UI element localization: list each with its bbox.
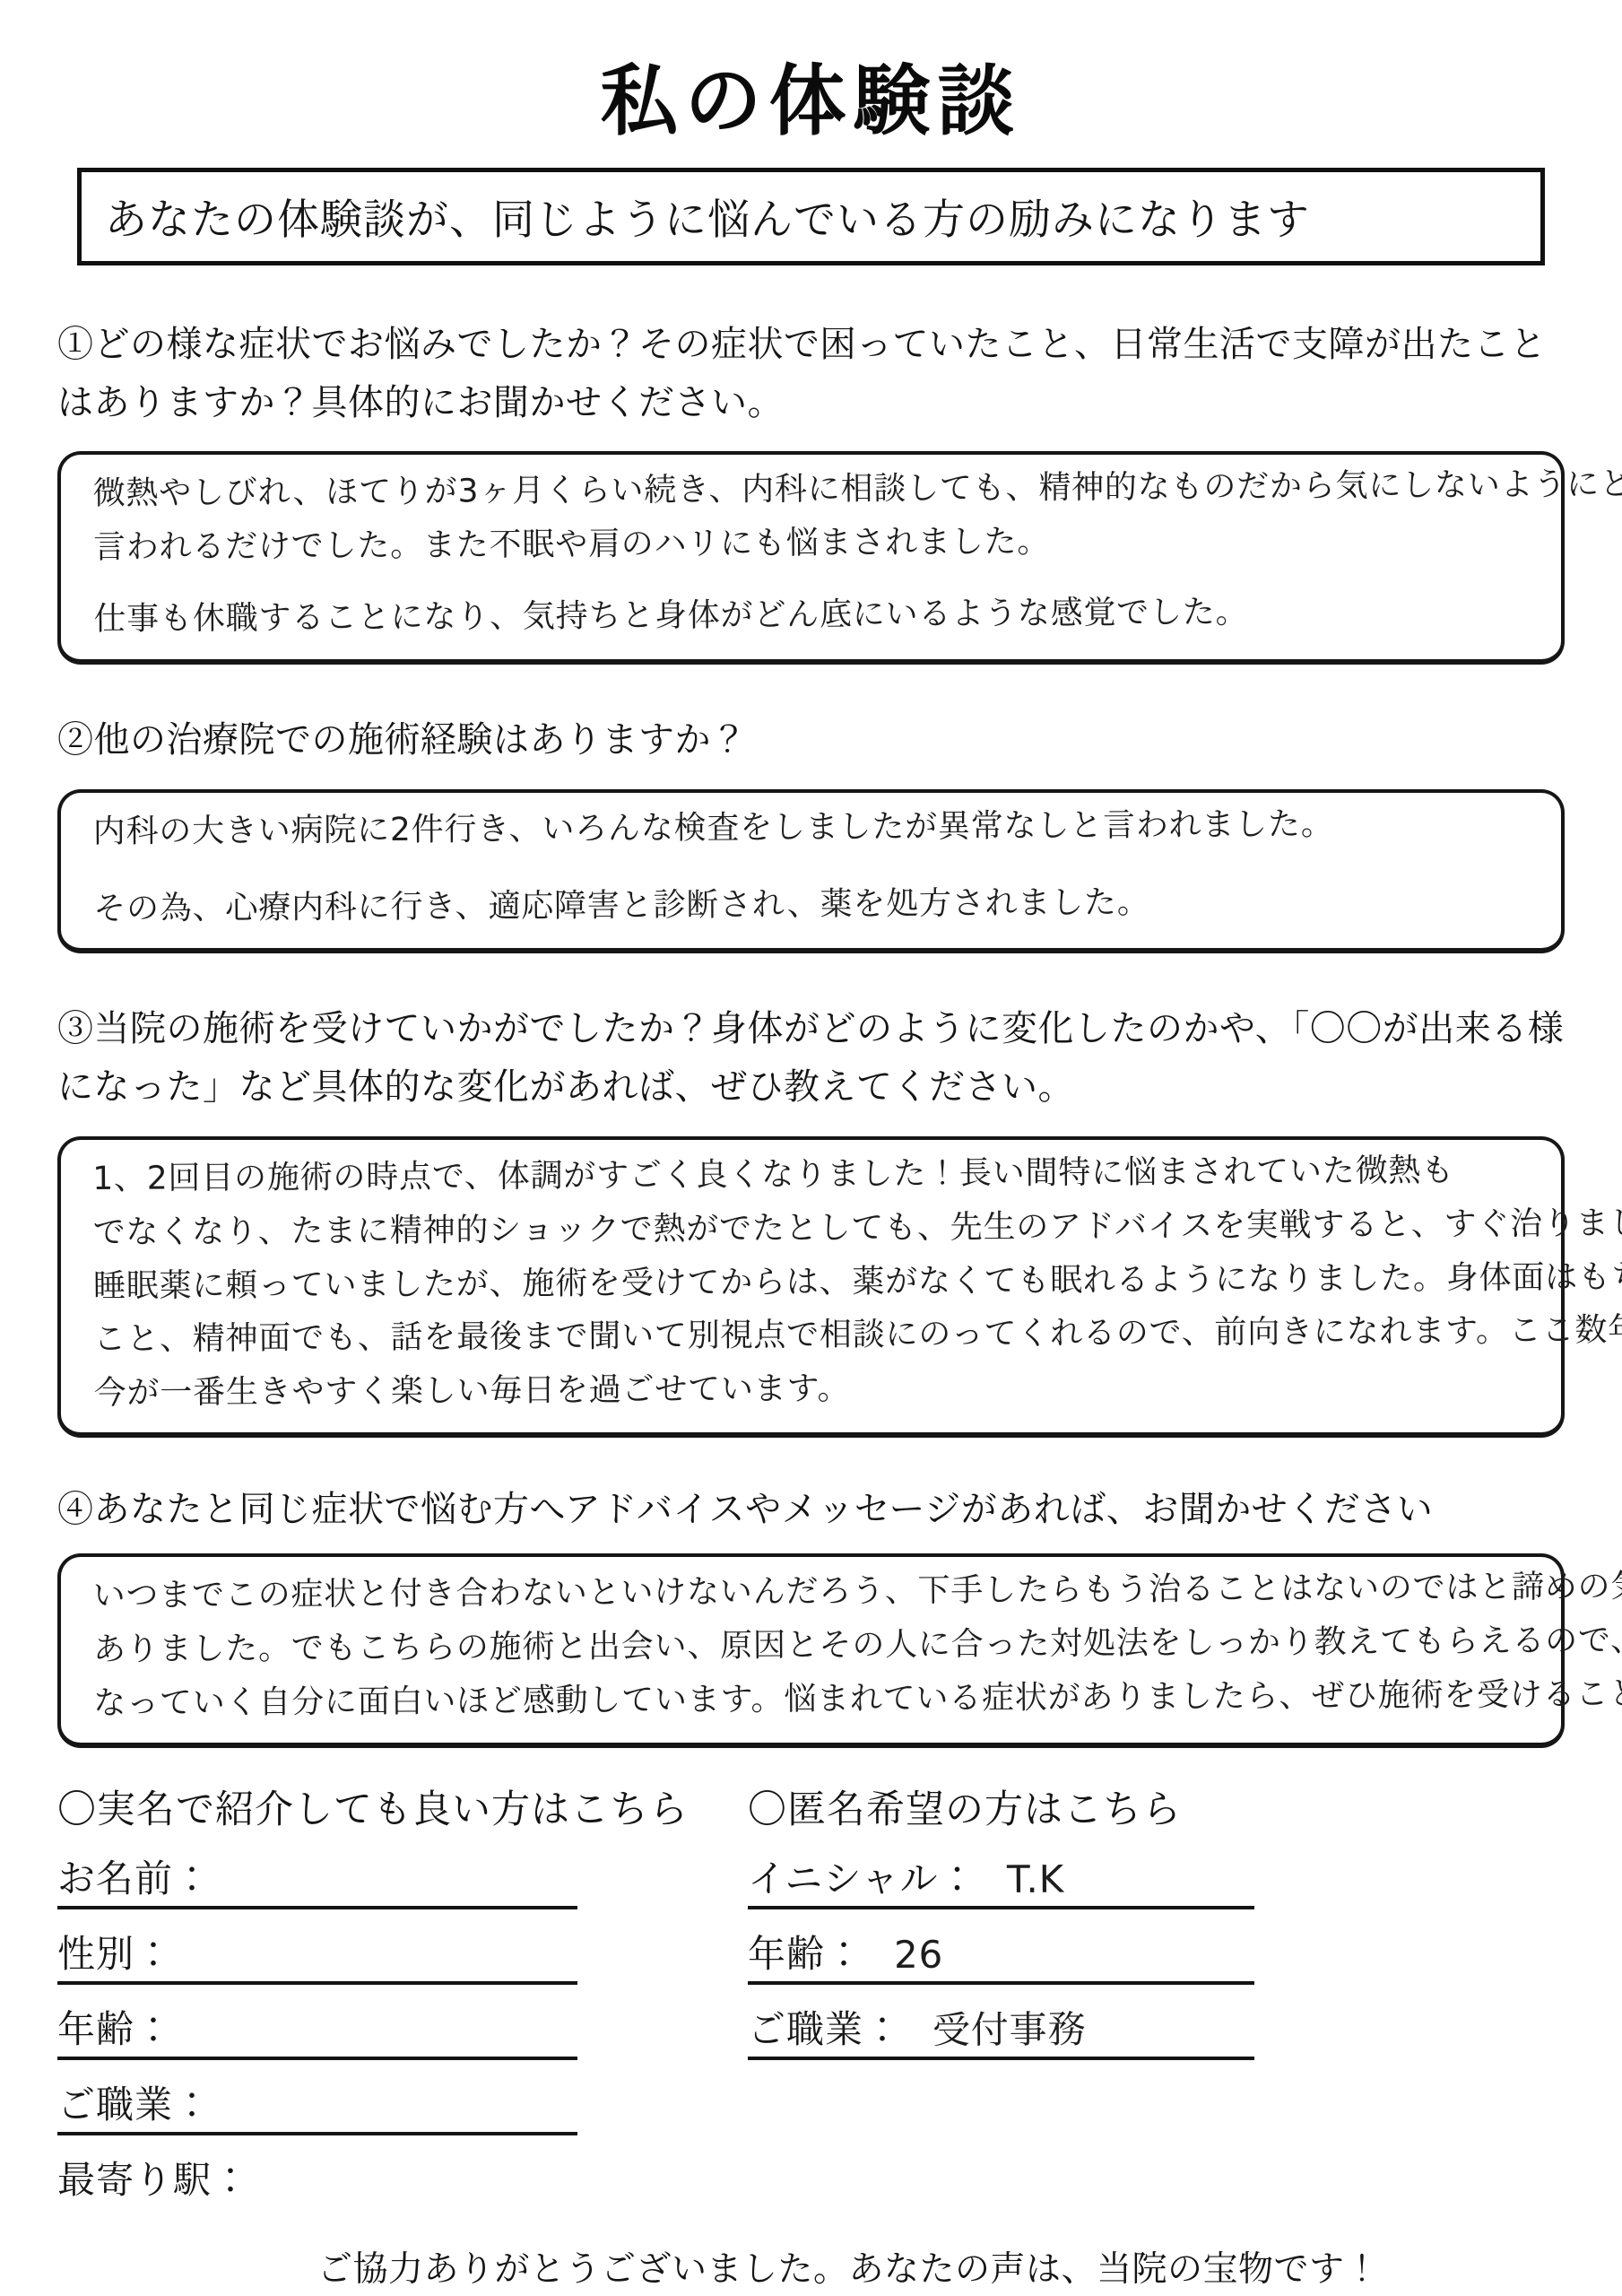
answer-box-2: 内科の大きい病院に2件行き、いろんな検査をしましたが異常なしと言われました。 そ… xyxy=(57,789,1565,954)
field-occupation-anonymous: ご職業： 受付事務 xyxy=(748,2005,1254,2060)
anonymous-column: 〇匿名希望の方はこちら イニシャル： T.K 年齢： 26 ご職業： 受付事務 xyxy=(748,1787,1565,2207)
field-age-named: 年齢： xyxy=(57,2005,577,2060)
field-initials-value: T.K xyxy=(1007,1858,1064,1900)
field-age-anonymous-value: 26 xyxy=(894,1934,943,1976)
field-occupation-anonymous-label: ご職業： xyxy=(748,2008,902,2051)
field-initials: イニシャル： T.K xyxy=(748,1854,1254,1909)
field-occupation-anonymous-value: 受付事務 xyxy=(932,2009,1086,2051)
answer-box-1: 微熱やしびれ、ほてりが3ヶ月くらい続き、内科に相談しても、精神的なものだから気に… xyxy=(57,451,1565,664)
field-nearest-station-label: 最寄り駅： xyxy=(57,2159,250,2202)
answer-4-line-2: ありました。でもこちらの施術と出会い、原因とその人に合った対処法をしっかり教えて… xyxy=(93,1614,1529,1677)
question-3-label: ③当院の施術を受けていかがでしたか？身体がどのように変化したのかや、「〇〇が出来… xyxy=(57,1000,1565,1117)
field-age-named-label: 年齢： xyxy=(57,2008,173,2051)
thank-you-note: ご協力ありがとうございました。あなたの声は、当院の宝物です！ xyxy=(54,2241,1380,2292)
field-gender-label: 性別： xyxy=(57,1933,173,1976)
testimonial-form-page: 私の体験談 あなたの体験談が、同じように悩んでいる方の励みになります ①どの様な… xyxy=(0,0,1622,2296)
page-title: 私の体験談 xyxy=(54,57,1568,146)
answer-3-line-1: 1、2回目の施術の時点で、体調がすごく良くなりました！長い間特に悩まされていた微… xyxy=(92,1144,1528,1206)
contact-section: 〇実名で紹介しても良い方はこちら お名前： 性別： 年齢： ご職業： 最寄り駅： xyxy=(54,1787,1568,2207)
field-name: お名前： xyxy=(57,1854,577,1909)
field-initials-label: イニシャル： xyxy=(748,1857,976,1900)
answer-3-line-5: 今が一番生きやすく楽しい毎日を過ごせています。 xyxy=(94,1358,1530,1421)
answer-4-line-1: いつまでこの症状と付き合わないといけないんだろう、下手したらもう治ることはないの… xyxy=(92,1561,1528,1623)
named-consent-column: 〇実名で紹介しても良い方はこちら お名前： 性別： 年齢： ご職業： 最寄り駅： xyxy=(57,1787,748,2207)
answer-box-4: いつまでこの症状と付き合わないといけないんだろう、下手したらもう治ることはないの… xyxy=(57,1553,1565,1748)
question-2-label: ②他の治療院での施術経験はありますか？ xyxy=(57,711,1565,770)
field-occupation-named-label: ご職業： xyxy=(57,2083,212,2126)
answer-2-line-2: その為、心療内科に行き、適応障害と診断され、薬を処方されました。 xyxy=(93,874,1529,936)
field-name-label: お名前： xyxy=(57,1857,212,1900)
answer-1-line-3: 仕事も休職することになり、気持ちと身体がどん底にいるような感覚でした。 xyxy=(93,584,1529,647)
question-1-label: ①どの様な症状でお悩みでしたか？その症状で困っていたこと、日常生活で支障が出たこ… xyxy=(57,316,1565,432)
answer-3-line-3: 睡眠薬に頼っていましたが、施術を受けてからは、薬がなくても眠れるようになりました… xyxy=(93,1250,1529,1313)
field-gender: 性別： xyxy=(57,1929,577,1985)
field-age-anonymous: 年齢： 26 xyxy=(748,1929,1254,1985)
field-occupation-named: ご職業： xyxy=(57,2080,577,2135)
named-consent-heading: 〇実名で紹介しても良い方はこちら xyxy=(57,1787,748,1834)
answer-3-line-2: でなくなり、たまに精神的ショックで熱がでたとしても、先生のアドバイスを実戦すると… xyxy=(92,1197,1528,1260)
answer-box-3: 1、2回目の施術の時点で、体調がすごく良くなりました！長い間特に悩まされていた微… xyxy=(57,1136,1565,1439)
intro-banner-text: あなたの体験談が、同じように悩んでいる方の励みになります xyxy=(105,196,1310,243)
question-4-label: ④あなたと同じ症状で悩む方へアドバイスやメッセージがあれば、お聞かせください xyxy=(57,1481,1565,1539)
field-nearest-station: 最寄り駅： xyxy=(57,2155,577,2207)
answer-1-line-1: 微熱やしびれ、ほてりが3ヶ月くらい続き、内科に相談しても、精神的なものだから気に… xyxy=(92,459,1528,522)
intro-banner: あなたの体験談が、同じように悩んでいる方の励みになります xyxy=(77,168,1545,265)
answer-3-line-4: こと、精神面でも、話を最後まで聞いて別視点で相談にのってくれるので、前向きになれ… xyxy=(93,1304,1529,1367)
answer-1-line-2: 言われるだけでした。また不眠や肩のハリにも悩まされました。 xyxy=(93,512,1529,575)
anonymous-heading: 〇匿名希望の方はこちら xyxy=(748,1787,1565,1834)
answer-2-line-1: 内科の大きい病院に2件行き、いろんな検査をしましたが異常なしと言われました。 xyxy=(93,796,1529,859)
answer-4-line-3: なっていく自分に面白いほど感動しています。悩まれている症状がありましたら、ぜひ施… xyxy=(93,1668,1529,1731)
field-age-anonymous-label: 年齢： xyxy=(748,1933,863,1976)
